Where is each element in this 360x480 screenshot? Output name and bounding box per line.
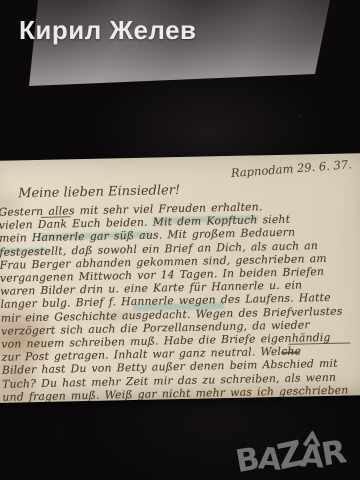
bazar-watermark: B A Z A R [235,438,347,475]
listing-title: Кирил Желев [19,15,197,46]
postcard-salutation: Meine lieben Einsiedler! [18,183,180,201]
photo-scene: Кирил Желев Rapnodam 29. 6. 37. Meine li… [0,0,360,480]
postcard: Rapnodam 29. 6. 37. Meine lieben Einsied… [0,153,360,403]
postcard-dateline: Rapnodam 29. 6. 37. [230,157,352,180]
postcard-letter-body: Gestern alles mit sehr viel Freuden erha… [0,198,360,404]
watermark-letter: R [320,436,349,468]
